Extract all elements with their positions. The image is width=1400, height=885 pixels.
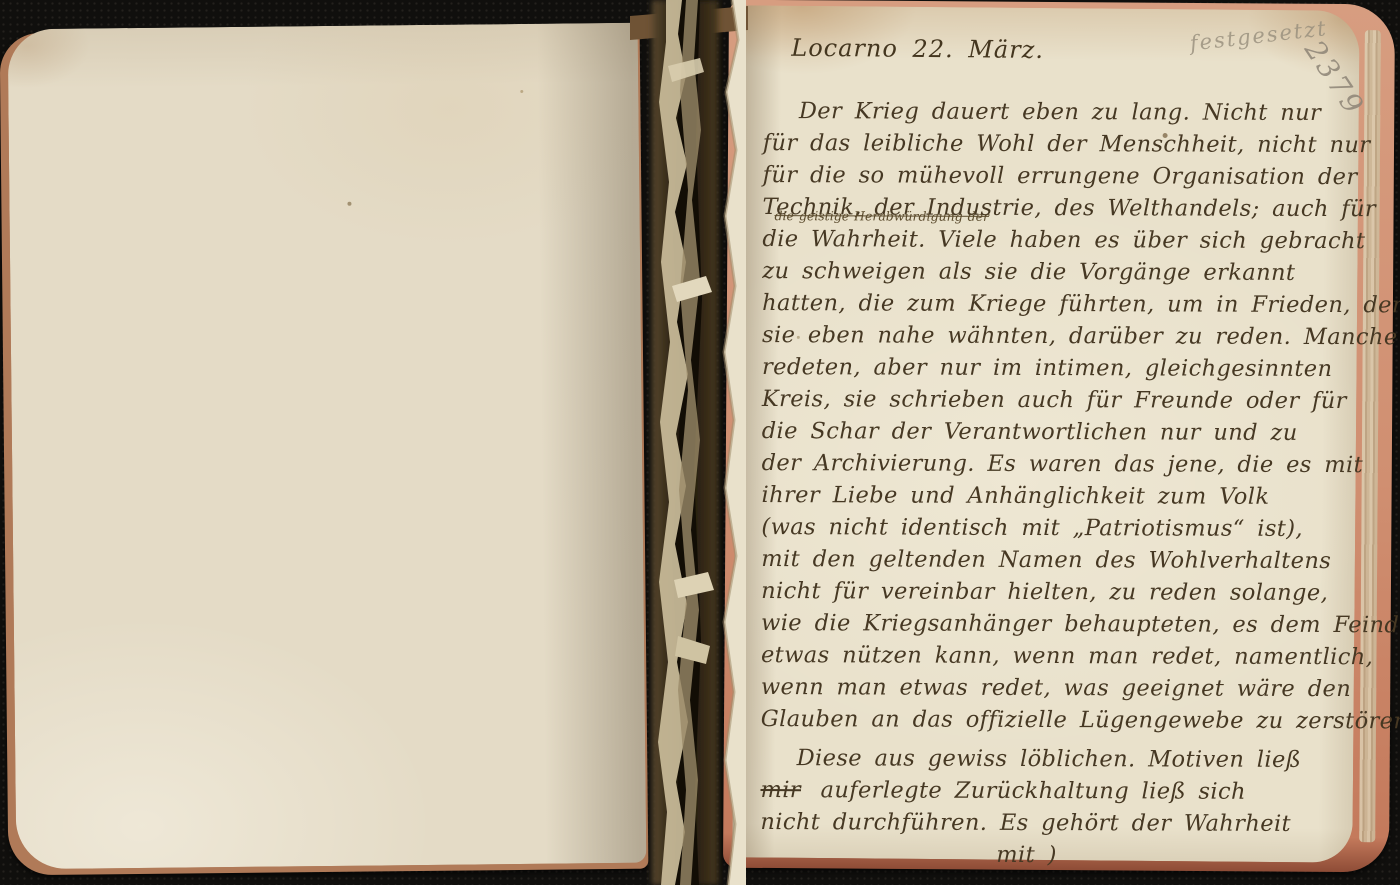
paper-speck <box>797 336 800 339</box>
manuscript-line: sie eben nahe wähnten, darüber zu reden.… <box>762 319 1347 353</box>
manuscript-line: Diese aus gewiss löblichen. Motiven ließ <box>761 742 1346 776</box>
manuscript-line: hatten, die zum Kriege führten, um in Fr… <box>762 287 1347 321</box>
manuscript-line-text: Diese aus gewiss löblichen. Motiven ließ <box>797 745 1302 773</box>
manuscript-line-text: ihrer Liebe und Anhänglichkeit zum Volk <box>761 482 1269 510</box>
paper-speck <box>1163 133 1168 138</box>
manuscript-line: für die so mühevoll errungene Organisati… <box>763 159 1348 193</box>
manuscript-line: zu schweigen als sie die Vorgänge erkann… <box>762 255 1347 289</box>
manuscript-line: Glauben an das offizielle Lügengewebe zu… <box>761 703 1346 737</box>
manuscript-line: wenn man etwas redet, was geeignet wäre … <box>761 671 1346 705</box>
manuscript-line-text: mit ) <box>996 842 1057 868</box>
manuscript-line-text: etwas nützen kann, wenn man redet, namen… <box>761 642 1373 670</box>
manuscript-line-text: hatten, die zum Kriege führten, um in Fr… <box>762 290 1400 318</box>
manuscript-line-text: wie die Kriegsanhänger behaupteten, es d… <box>761 610 1399 638</box>
manuscript-line-text: Der Krieg dauert eben zu lang. Nicht nur <box>799 98 1321 126</box>
manuscript-line-text: die Wahrheit. Viele haben es über sich g… <box>762 226 1365 254</box>
manuscript-line: (was nicht identisch mit „Patriotismus“ … <box>761 511 1346 545</box>
manuscript-line: mit ) <box>760 838 1345 872</box>
struck-word: mir <box>760 777 801 803</box>
manuscript-line-text: die geistige Herabwürdigung der <box>774 208 989 224</box>
manuscript-line-text: (was nicht identisch mit „Patriotismus“ … <box>761 514 1303 542</box>
manuscript-line: nicht für vereinbar hielten, zu reden so… <box>761 575 1346 609</box>
paper-speck <box>520 90 523 93</box>
manuscript-line: ihrer Liebe und Anhänglichkeit zum Volk <box>761 479 1346 513</box>
manuscript-text: Der Krieg dauert eben zu lang. Nicht nur… <box>760 95 1348 872</box>
manuscript-line: redeten, aber nur im intimen, gleichgesi… <box>762 351 1347 385</box>
manuscript-line-text: für das leibliche Wohl der Menschheit, n… <box>763 130 1371 158</box>
right-page: Locarno 22. März. festgesetzt 2379 Der K… <box>732 5 1359 862</box>
manuscript-line-text: für die so mühevoll errungene Organisati… <box>763 162 1358 190</box>
gutter-torn-page-stubs <box>628 0 760 885</box>
entry-dateline: Locarno 22. März. <box>791 34 1044 64</box>
manuscript-scan: Locarno 22. März. festgesetzt 2379 Der K… <box>0 0 1400 885</box>
manuscript-line-text: Kreis, sie schrieben auch für Freunde od… <box>762 386 1347 414</box>
manuscript-line-text: sie eben nahe wähnten, darüber zu reden.… <box>762 322 1398 350</box>
manuscript-line-text: redeten, aber nur im intimen, gleichgesi… <box>762 354 1333 382</box>
manuscript-line-text: nicht durchführen. Es gehört der Wahrhei… <box>760 809 1291 837</box>
manuscript-line-text: der Archivierung. Es waren das jene, die… <box>762 450 1364 478</box>
left-page <box>8 23 647 870</box>
manuscript-line: die Schar der Verantwortlichen nur und z… <box>762 415 1347 449</box>
manuscript-line: die Wahrheit. Viele haben es über sich g… <box>762 223 1347 257</box>
manuscript-line-text: die Schar der Verantwortlichen nur und z… <box>762 418 1298 446</box>
manuscript-line: nicht durchführen. Es gehört der Wahrhei… <box>760 806 1345 840</box>
manuscript-line: Kreis, sie schrieben auch für Freunde od… <box>762 383 1347 417</box>
manuscript-line-text: zu schweigen als sie die Vorgänge erkann… <box>762 258 1295 286</box>
manuscript-line-text: auferlegte Zurückhaltung ließ sich <box>821 777 1246 804</box>
manuscript-line: etwas nützen kann, wenn man redet, namen… <box>761 639 1346 673</box>
manuscript-line: mit den geltenden Namen des Wohlverhalte… <box>761 543 1346 577</box>
manuscript-line-text: Glauben an das offizielle Lügengewebe zu… <box>761 706 1400 734</box>
manuscript-line: für das leibliche Wohl der Menschheit, n… <box>763 127 1348 161</box>
manuscript-line: mir auferlegte Zurückhaltung ließ sich <box>760 774 1345 808</box>
manuscript-line-text: nicht für vereinbar hielten, zu reden so… <box>761 578 1328 606</box>
manuscript-line-text: mit den geltenden Namen des Wohlverhalte… <box>761 546 1331 574</box>
manuscript-line: wie die Kriegsanhänger behaupteten, es d… <box>761 607 1346 641</box>
manuscript-line-text: wenn man etwas redet, was geeignet wäre … <box>761 674 1351 702</box>
manuscript-line: Der Krieg dauert eben zu lang. Nicht nur <box>763 95 1348 129</box>
paper-speck <box>347 202 351 206</box>
manuscript-line: der Archivierung. Es waren das jene, die… <box>762 447 1347 481</box>
